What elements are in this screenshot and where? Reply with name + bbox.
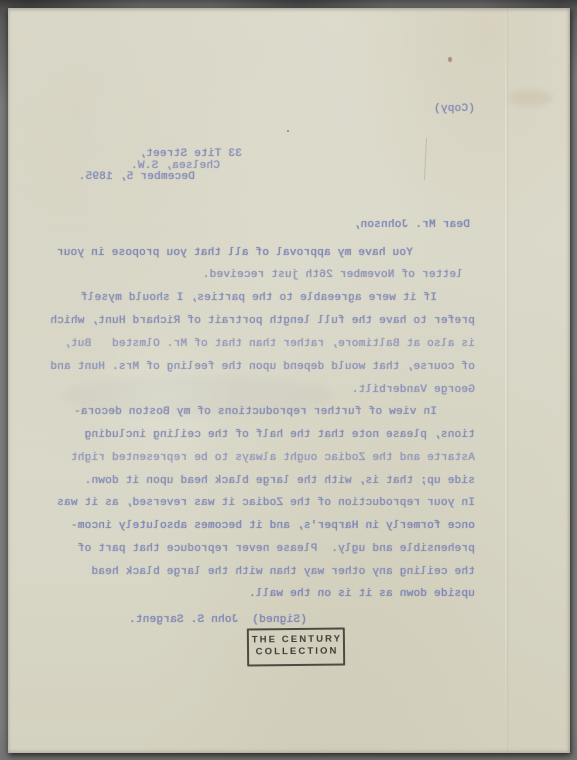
letter-line: of course, that would depend upon the fe… [50, 361, 475, 374]
letter-line: is also at Baltimore, rather than that o… [64, 338, 475, 351]
century-collection-stamp: THE CENTURY COLLECTION [247, 627, 345, 666]
letter-line: If it were agreeable to the parties, I s… [81, 292, 437, 305]
paper-crease [505, 8, 507, 753]
signature-line: (Signed) John S. Sargent. [129, 614, 307, 627]
paper-smudge [508, 90, 552, 106]
letter-line: once formerly in Harper's, and it become… [71, 520, 475, 533]
letter-line: side up; that is, with the large black h… [84, 475, 475, 488]
letter-line: You have my approval of all that you pro… [57, 247, 413, 260]
letter-line: In your reproduction of the Zodiac it wa… [57, 497, 475, 510]
letter-line: the ceiling any other way than with the … [91, 566, 475, 579]
stamp-text-line2: COLLECTION [249, 646, 343, 659]
letter-line: prefer to have the full length portrait … [50, 315, 475, 328]
photo-backdrop: (Copy) 33 Tite Street, Chelsea, S.W. Dec… [0, 0, 577, 760]
letter-line: George Vanderbilt. [352, 384, 475, 397]
letter-page: (Copy) 33 Tite Street, Chelsea, S.W. Dec… [8, 8, 570, 753]
address-line: December 5, 1895. [79, 171, 195, 184]
paper-stain-speck [448, 57, 452, 62]
copy-label: (Copy) [434, 103, 475, 116]
paper-stain-dot [287, 130, 289, 132]
letter-line: upside down as it is on the wall. [249, 588, 475, 601]
letter-line: prehensible and ugly. Please never repro… [78, 543, 475, 556]
salutation: Dear Mr. Johnson, [354, 219, 470, 232]
letter-line: letter of November 26th just received. [203, 269, 463, 282]
letter-line: Astarte and the Zodiac ought always to b… [71, 452, 475, 465]
ghost-impression [63, 376, 333, 416]
letter-line: tions, please note that the half of the … [84, 429, 475, 442]
stamp-text-line1: THE CENTURY [249, 634, 343, 647]
